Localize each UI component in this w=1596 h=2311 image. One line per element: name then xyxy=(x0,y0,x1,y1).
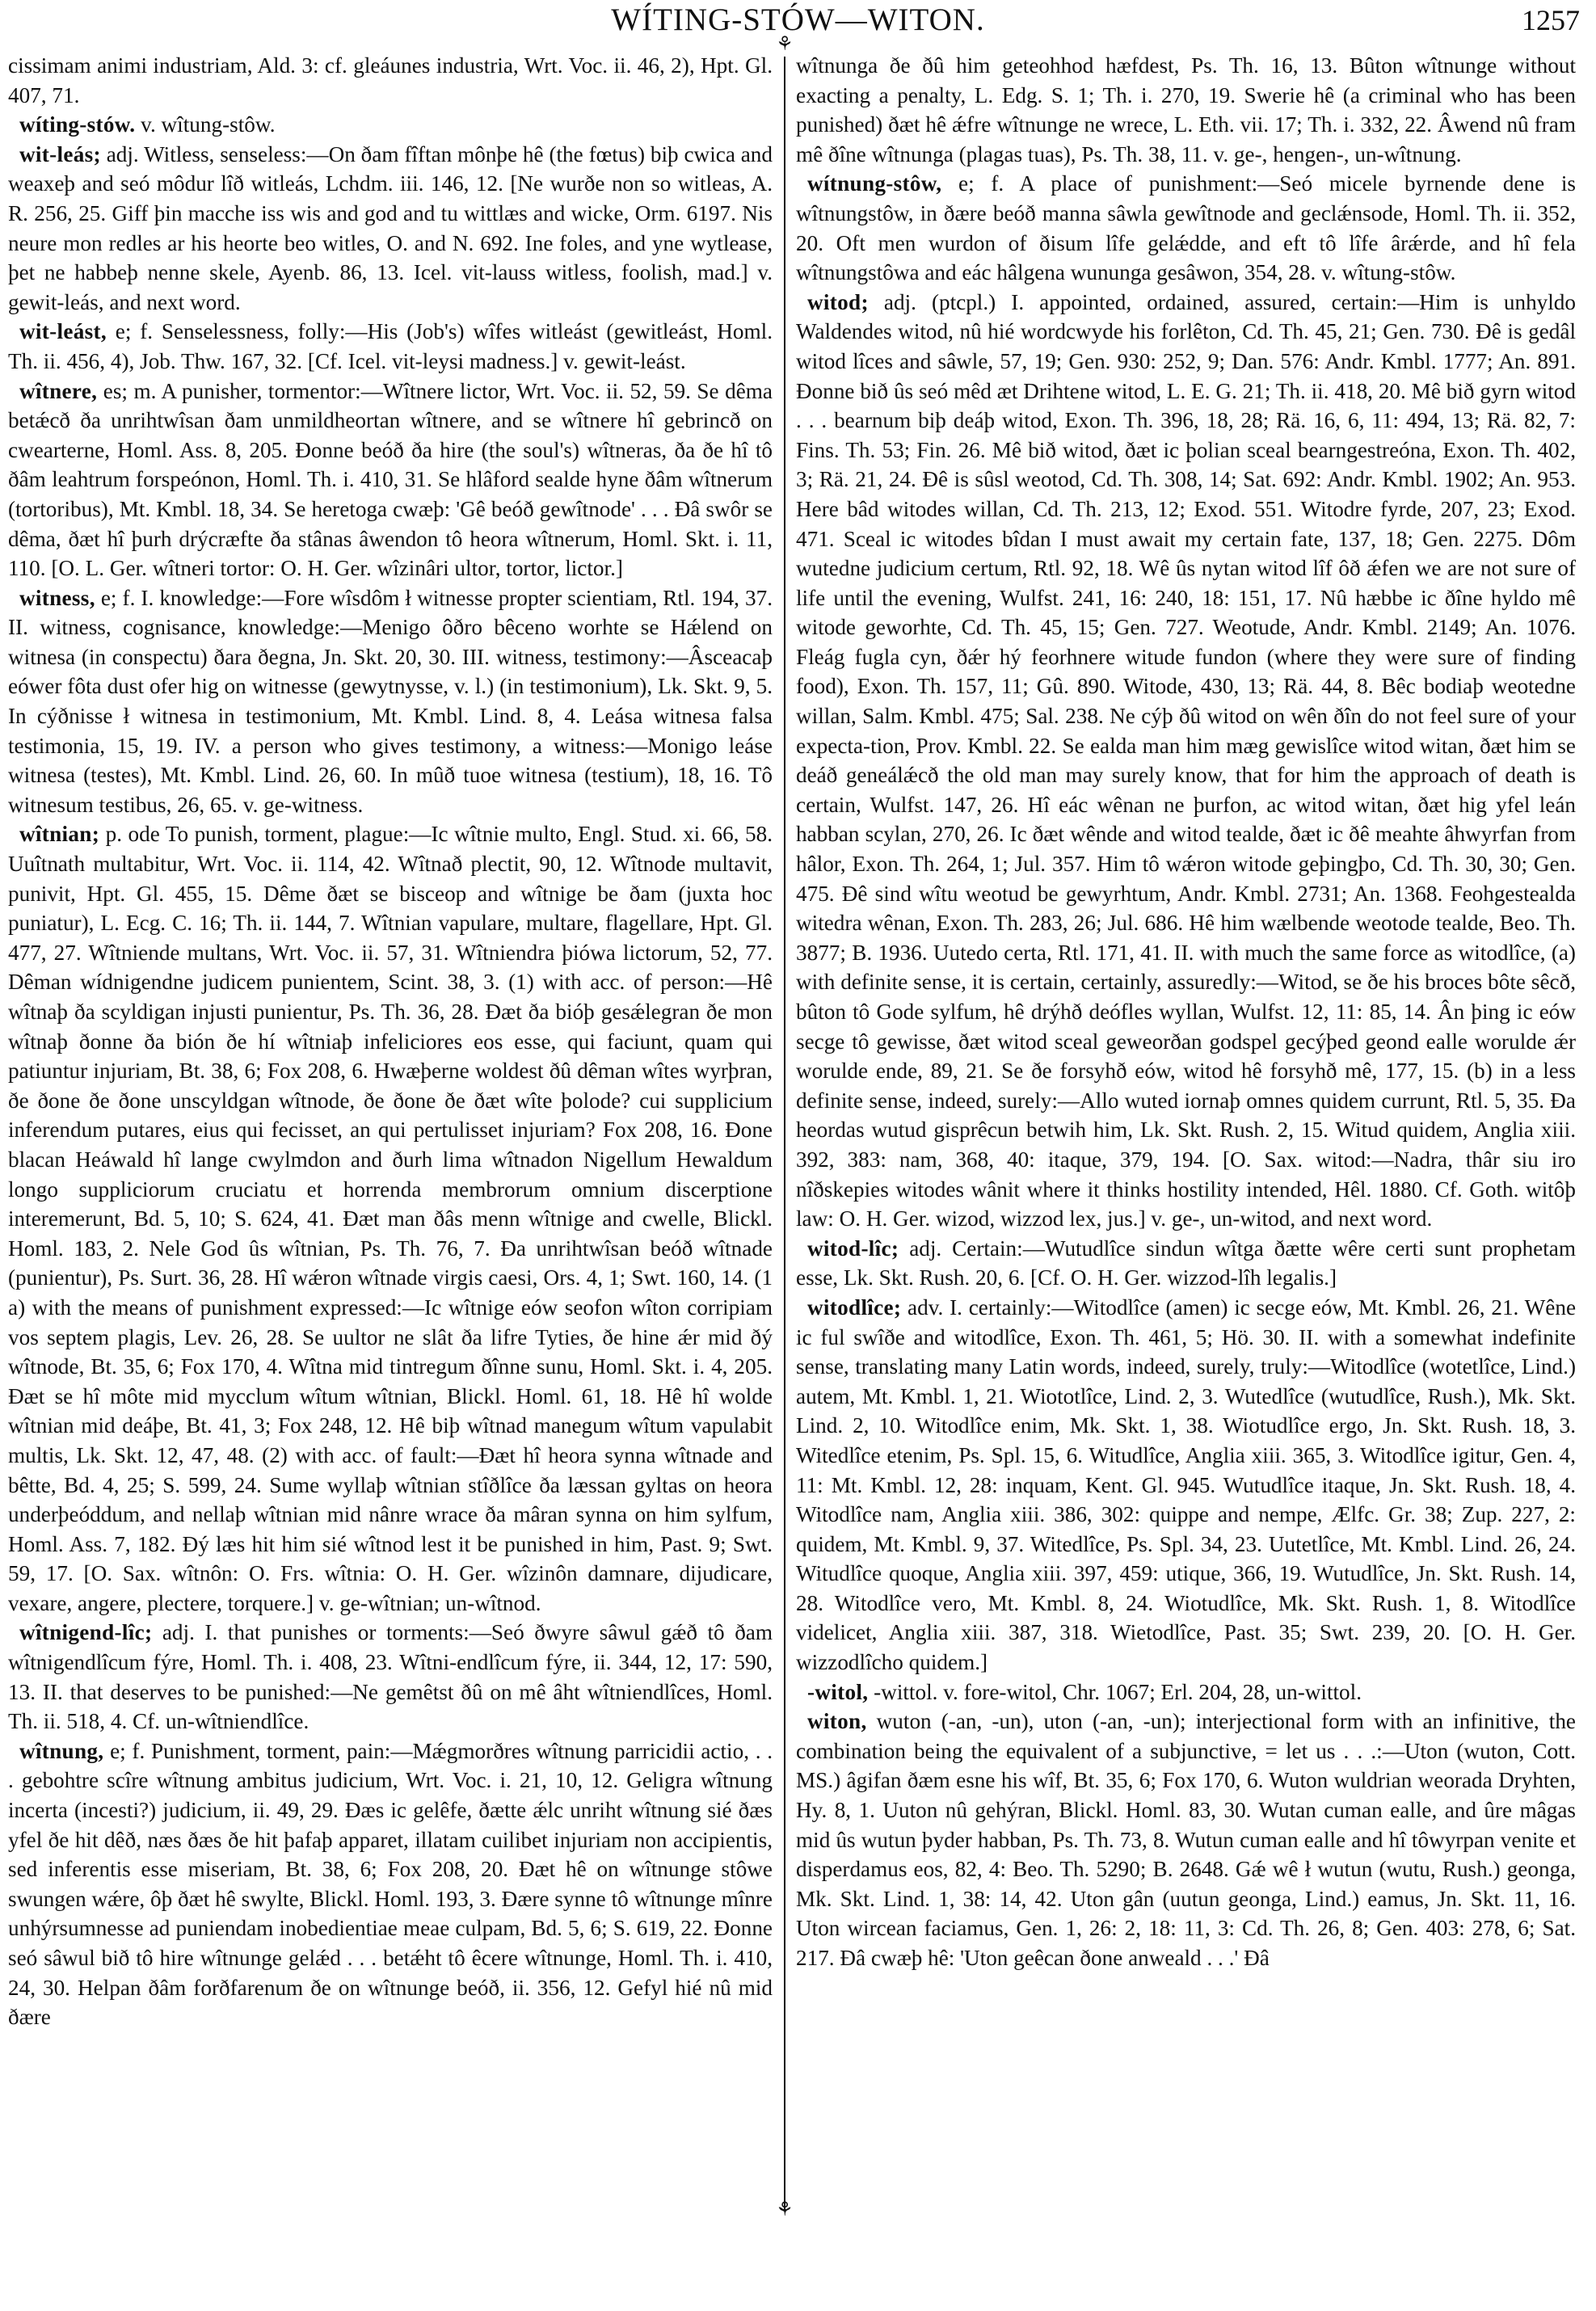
headword: witod-lîc; xyxy=(807,1236,899,1261)
entry-text: -wittol. v. fore-witol, Chr. 1067; Erl. … xyxy=(874,1680,1362,1704)
entry-text: e; f. I. knowledge:—Fore wîsdôm ł witnes… xyxy=(8,586,773,817)
dictionary-entry: wítnung-stôw, e; f. A place of punishmen… xyxy=(796,169,1576,287)
entry-text: wuton (-an, -un), uton (-an, -un); inter… xyxy=(796,1709,1576,1970)
column-ornament-top-icon: ⚘ xyxy=(774,34,795,55)
entry-text: e; f. Punishment, torment, pain:—Mǽgmorð… xyxy=(8,1739,773,2029)
entry-text: v. wîtung-stôw. xyxy=(141,112,275,137)
entry-text: wîtnunga ðe ðû him geteohhod hæfdest, Ps… xyxy=(796,53,1576,166)
headword: -witol, xyxy=(807,1680,868,1704)
entry-text: e; f. Senselessness, folly:—His (Job's) … xyxy=(8,319,773,373)
page-header: WÍTING-STÓW—WITON. 1257 xyxy=(0,0,1596,48)
dictionary-entry: wíting-stów. v. wîtung-stôw. xyxy=(8,110,773,140)
column-ornament-bottom-icon: ⚘ xyxy=(774,2199,795,2220)
dictionary-entry: witod-lîc; adj. Certain:—Wutudlîce sindu… xyxy=(796,1234,1576,1293)
headword: wítnung-stôw, xyxy=(807,171,941,196)
dictionary-entry: wîtnian; p. ode To punish, torment, plag… xyxy=(8,819,773,1618)
entry-text: adj. Certain:—Wutudlîce sindun wîtga ðæt… xyxy=(796,1236,1576,1290)
page-number: 1257 xyxy=(1522,3,1580,37)
entry-text: adj. Witless, senseless:—On ðam fîftan m… xyxy=(8,142,773,314)
dictionary-entry: wîtnunga ðe ðû him geteohhod hæfdest, Ps… xyxy=(796,51,1576,169)
headword: wîtnigend-lîc; xyxy=(19,1620,152,1644)
headword: wit-leást, xyxy=(19,319,107,343)
entry-text: adv. I. certainly:—Witodlîce (amen) ic s… xyxy=(796,1295,1576,1674)
dictionary-entry: wit-leást, e; f. Senselessness, folly:—H… xyxy=(8,317,773,376)
dictionary-entry: witness, e; f. I. knowledge:—Fore wîsdôm… xyxy=(8,583,773,820)
dictionary-entry: witon, wuton (-an, -un), uton (-an, -un)… xyxy=(796,1707,1576,1972)
right-column: wîtnunga ðe ðû him geteohhod hæfdest, Ps… xyxy=(796,51,1576,1973)
entry-text: es; m. A punisher, tormentor:—Wîtnere li… xyxy=(8,379,773,581)
dictionary-entry: witod; adj. (ptcpl.) I. appointed, ordai… xyxy=(796,288,1576,1234)
dictionary-entry: wîtnung, e; f. Punishment, torment, pain… xyxy=(8,1736,773,2032)
headword: wîtnung, xyxy=(19,1739,103,1763)
headword: wit-leás; xyxy=(19,142,101,166)
headword: wîtnere, xyxy=(19,379,97,403)
running-title: WÍTING-STÓW—WITON. xyxy=(0,2,1596,38)
dictionary-entry: -witol, -wittol. v. fore-witol, Chr. 106… xyxy=(796,1677,1576,1707)
left-column: cissimam animi industriam, Ald. 3: cf. g… xyxy=(8,51,773,2032)
dictionary-entry: witodlîce; adv. I. certainly:—Witodlîce … xyxy=(796,1293,1576,1677)
column-divider xyxy=(784,57,785,2210)
dictionary-entry: wîtnigend-lîc; adj. I. that punishes or … xyxy=(8,1618,773,1736)
headword: wîtnian; xyxy=(19,822,99,846)
entry-text: adj. (ptcpl.) I. appointed, ordained, as… xyxy=(796,290,1576,1231)
headword: witon, xyxy=(807,1709,867,1733)
dictionary-entry: wit-leás; adj. Witless, senseless:—On ða… xyxy=(8,140,773,318)
dictionary-entry: cissimam animi industriam, Ald. 3: cf. g… xyxy=(8,51,773,110)
headword: witness, xyxy=(19,586,95,610)
headword: witodlîce; xyxy=(807,1295,901,1320)
headword: wíting-stów. xyxy=(19,112,135,137)
dictionary-entry: wîtnere, es; m. A punisher, tormentor:—W… xyxy=(8,377,773,583)
headword: witod; xyxy=(807,290,869,314)
entry-text: p. ode To punish, torment, plague:—Ic wî… xyxy=(8,822,773,1614)
entry-text: cissimam animi industriam, Ald. 3: cf. g… xyxy=(8,53,773,107)
